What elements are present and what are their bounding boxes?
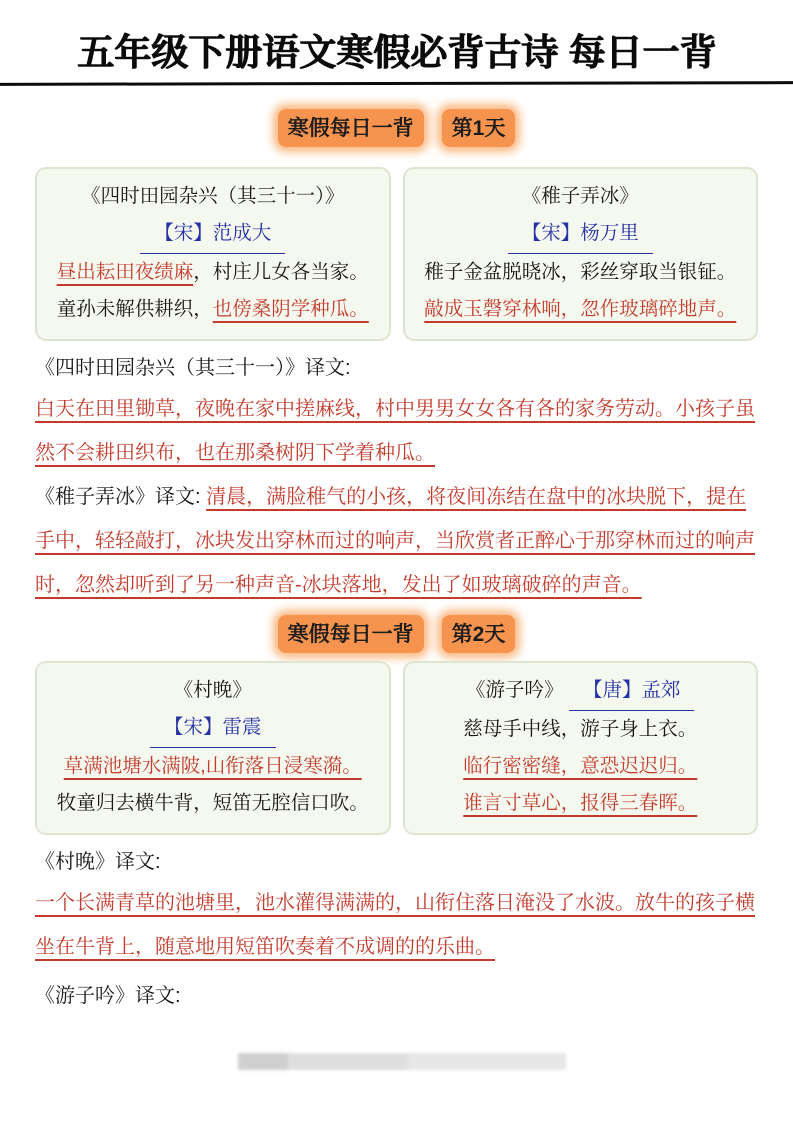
page-title: 五年级下册语文寒假必背古诗 每日一背 (30, 22, 763, 76)
poem-line: 昼出耘田夜绩麻，村庄儿女各当家。 (43, 254, 383, 291)
poem-author-line: 【宋】范成大 (43, 215, 383, 254)
translation-text: 白天在田里锄草，夜晚在家中搓麻线，村中男男女女各有各的家务劳动。小孩子虽然不会耕… (35, 387, 758, 475)
poem-author: 【宋】雷震 (150, 709, 276, 748)
worksheet-page: 五年级下册语文寒假必背古诗 每日一背 寒假每日一背第1天 《四时田园杂兴（其三十… (0, 22, 793, 1015)
day1-section: 寒假每日一背第1天 《四时田园杂兴（其三十一）》 【宋】范成大 昼出耘田夜绩麻，… (0, 109, 793, 607)
title-divider (0, 81, 793, 86)
poem-author: 【宋】杨万里 (508, 215, 653, 254)
poem-author: 【唐】孟郊 (569, 672, 695, 711)
translation-red-text: 一个长满青草的池塘里，池水灌得满满的，山衔住落日淹没了水波。放牛的孩子横坐在牛背… (35, 892, 755, 958)
day1-badge-day: 第1天 (442, 109, 516, 147)
poem-card-cunwan: 《村晚》 【宋】雷震 草满池塘水满陂,山衔落日浸寒漪。 牧童归去横牛背，短笛无腔… (35, 661, 391, 835)
poem-card-sishitianyuan: 《四时田园杂兴（其三十一）》 【宋】范成大 昼出耘田夜绩麻，村庄儿女各当家。 童… (35, 167, 391, 341)
poem-line: 草满池塘水满陂,山衔落日浸寒漪。 (43, 748, 383, 785)
translation-label: 《游子吟》译文: (35, 977, 758, 1015)
day2-badge-label: 寒假每日一背 (278, 615, 424, 653)
translation-label: 《村晚》译文: (35, 843, 758, 881)
day2-section: 寒假每日一背第2天 《村晚》 【宋】雷震 草满池塘水满陂,山衔落日浸寒漪。 牧童… (0, 615, 793, 1015)
poem-author-line: 【宋】雷震 (43, 709, 383, 748)
poem-title: 《村晚》 (43, 672, 383, 709)
watermark-segment (408, 1053, 566, 1070)
poem-title: 《游子吟》 (466, 679, 564, 701)
poem-title: 《稚子弄冰》 (411, 178, 751, 215)
day2-poem-cards: 《村晚》 【宋】雷震 草满池塘水满陂,山衔落日浸寒漪。 牧童归去横牛背，短笛无腔… (35, 661, 758, 835)
poem-title-author-line: 《游子吟》 【唐】孟郊 (411, 672, 751, 711)
poem-title: 《四时田园杂兴（其三十一）》 (43, 178, 383, 215)
translation-label: 《稚子弄冰》译文: (35, 486, 206, 508)
poem-line: 敲成玉磬穿林响，忽作玻璃碎地声。 (411, 291, 751, 328)
poem-line: 谁言寸草心，报得三春晖。 (411, 785, 751, 822)
poem-line: 牧童归去横牛背，短笛无腔信口吹。 (43, 785, 383, 822)
poem-line-plain: ，村庄儿女各当家。 (193, 261, 369, 283)
poem-line-highlight: 敲成玉磬穿林响，忽作玻璃碎地声。 (424, 298, 736, 320)
watermark (238, 1053, 566, 1070)
poem-line-highlight: 昼出耘田夜绩麻 (57, 261, 194, 283)
poem-card-zhizinongbing: 《稚子弄冰》 【宋】杨万里 稚子金盆脱晓冰，彩丝穿取当银钲。 敲成玉磬穿林响，忽… (403, 167, 759, 341)
poem-author: 【宋】范成大 (140, 215, 285, 254)
translation-red-text: 白天在田里锄草，夜晚在家中搓麻线，村中男男女女各有各的家务劳动。小孩子虽然不会耕… (35, 398, 755, 464)
translation-text: 一个长满青草的池塘里，池水灌得满满的，山衔住落日淹没了水波。放牛的孩子横坐在牛背… (35, 881, 758, 969)
poem-line: 慈母手中线，游子身上衣。 (411, 711, 751, 748)
poem-line: 稚子金盆脱晓冰，彩丝穿取当银钲。 (411, 254, 751, 291)
translation-label: 《四时田园杂兴（其三十一）》译文: (35, 349, 758, 387)
day1-badge: 寒假每日一背第1天 (0, 109, 793, 145)
poem-line: 临行密密缝，意恐迟迟归。 (411, 748, 751, 785)
day1-translations: 《四时田园杂兴（其三十一）》译文: 白天在田里锄草，夜晚在家中搓麻线，村中男男女… (35, 349, 758, 607)
translation-text: 《稚子弄冰》译文: 清晨，满脸稚气的小孩，将夜间冻结在盘中的冰块脱下，提在手中，… (35, 475, 758, 607)
poem-line-highlight: 草满池塘水满陂,山衔落日浸寒漪。 (64, 755, 362, 777)
day1-badge-label: 寒假每日一背 (278, 109, 424, 147)
day1-poem-cards: 《四时田园杂兴（其三十一）》 【宋】范成大 昼出耘田夜绩麻，村庄儿女各当家。 童… (35, 167, 758, 341)
poem-card-youziyin: 《游子吟》 【唐】孟郊 慈母手中线，游子身上衣。 临行密密缝，意恐迟迟归。 谁言… (403, 661, 759, 835)
poem-line-highlight: 谁言寸草心，报得三春晖。 (463, 792, 697, 814)
poem-line-plain: 童孙未解供耕织， (57, 298, 213, 320)
day2-translations: 《村晚》译文: 一个长满青草的池塘里，池水灌得满满的，山衔住落日淹没了水波。放牛… (35, 843, 758, 1015)
poem-line-highlight: 也傍桑阴学种瓜。 (213, 298, 369, 320)
day2-badge-day: 第2天 (442, 615, 516, 653)
poem-author-line: 【宋】杨万里 (411, 215, 751, 254)
day2-badge: 寒假每日一背第2天 (0, 615, 793, 651)
watermark-segment (288, 1053, 408, 1070)
watermark-segment (238, 1053, 288, 1070)
poem-line-highlight: 临行密密缝，意恐迟迟归。 (463, 755, 697, 777)
poem-line: 童孙未解供耕织，也傍桑阴学种瓜。 (43, 291, 383, 328)
